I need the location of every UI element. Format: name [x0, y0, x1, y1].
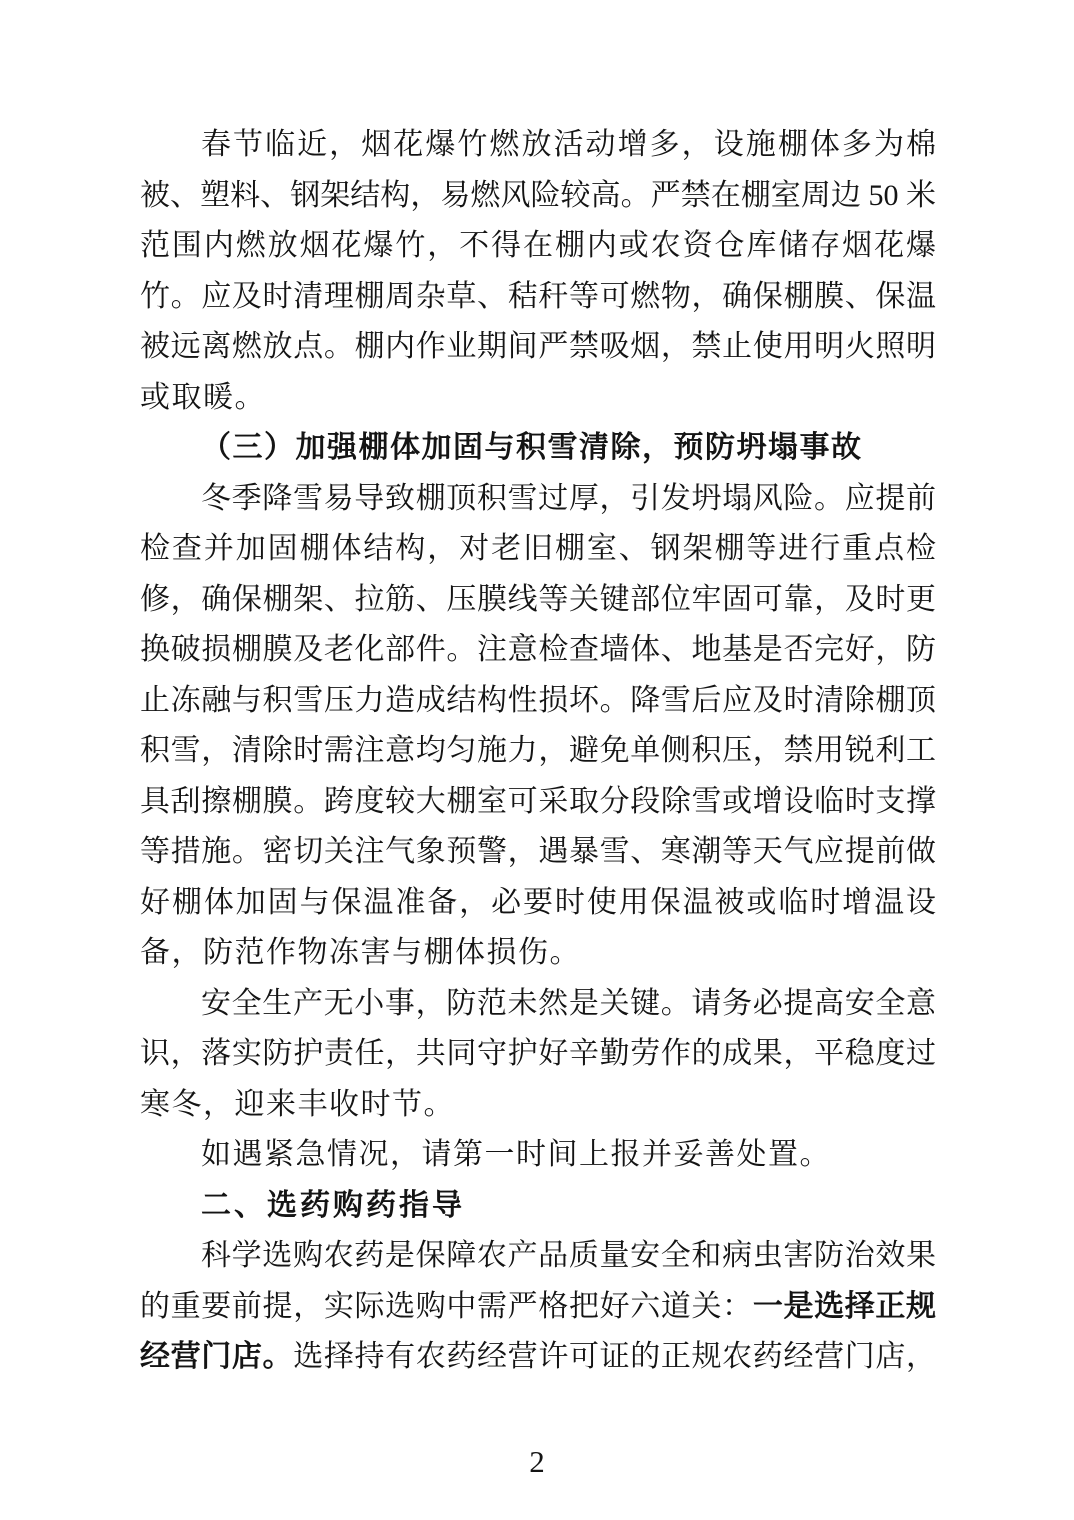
text-segment: 被、塑料、钢架结构，易燃风险较高。严禁在棚室周边 50 米	[140, 179, 936, 212]
section-heading-2: 二、选药购药指导	[140, 1181, 936, 1232]
text-segment: 识，落实防护责任，共同守护好辛勤劳作的成果，平稳度过	[140, 1037, 936, 1070]
text-segment: 换破损棚膜及老化部件。注意检查墙体、地基是否完好，防	[140, 633, 936, 666]
text-segment: 止冻融与积雪压力造成结构性损坏。降雪后应及时清除棚顶	[140, 684, 936, 717]
paragraph-line: 止冻融与积雪压力造成结构性损坏。降雪后应及时清除棚顶	[140, 676, 936, 727]
paragraph-line: 积雪，清除时需注意均匀施力，避免单侧积压，禁用锐利工	[140, 726, 936, 777]
text-segment: 检查并加固棚体结构，对老旧棚室、钢架棚等进行重点检	[140, 532, 936, 565]
paragraph-line: 或取暖。	[140, 373, 936, 424]
text-segment: 的重要前提，实际选购中需严格把好六道关：	[140, 1290, 753, 1323]
paragraph-line: 竹。应及时清理棚周杂草、秸秆等可燃物，确保棚膜、保温	[140, 272, 936, 323]
paragraph-line: 好棚体加固与保温准备，必要时使用保温被或临时增温设	[140, 878, 936, 929]
paragraph-line: 识，落实防护责任，共同守护好辛勤劳作的成果，平稳度过	[140, 1029, 936, 1080]
text-segment: 或取暖。	[140, 381, 266, 414]
paragraph-line: 换破损棚膜及老化部件。注意检查墙体、地基是否完好，防	[140, 625, 936, 676]
heading-text: 二、选药购药指导	[201, 1189, 465, 1222]
paragraph-line: 如遇紧急情况，请第一时间上报并妥善处置。	[140, 1130, 936, 1181]
text-segment: 备，防范作物冻害与棚体损伤。	[140, 936, 581, 969]
text-segment: 修，确保棚架、拉筋、压膜线等关键部位牢固可靠，及时更	[140, 583, 936, 616]
document-page: 春节临近，烟花爆竹燃放活动增多，设施棚体多为棉 被、塑料、钢架结构，易燃风险较高…	[0, 0, 1074, 1520]
document-body: 春节临近，烟花爆竹燃放活动增多，设施棚体多为棉 被、塑料、钢架结构，易燃风险较高…	[140, 120, 936, 1383]
text-segment: 寒冬，迎来丰收时节。	[140, 1088, 455, 1121]
text-segment: 选择持有农药经营许可证的正规农药经营门店，	[293, 1340, 936, 1373]
paragraph-line: 经营门店。选择持有农药经营许可证的正规农药经营门店，	[140, 1332, 936, 1383]
paragraph-line: 修，确保棚架、拉筋、压膜线等关键部位牢固可靠，及时更	[140, 575, 936, 626]
paragraph-line: 的重要前提，实际选购中需严格把好六道关：一是选择正规	[140, 1282, 936, 1333]
text-segment: 竹。应及时清理棚周杂草、秸秆等可燃物，确保棚膜、保温	[140, 280, 936, 313]
paragraph-line: 等措施。密切关注气象预警，遇暴雪、寒潮等天气应提前做	[140, 827, 936, 878]
bold-text-segment: 经营门店。	[140, 1340, 293, 1373]
text-segment: 被远离燃放点。棚内作业期间严禁吸烟，禁止使用明火照明	[140, 330, 936, 363]
paragraph-line: 检查并加固棚体结构，对老旧棚室、钢架棚等进行重点检	[140, 524, 936, 575]
paragraph-line: 被、塑料、钢架结构，易燃风险较高。严禁在棚室周边 50 米	[140, 171, 936, 222]
paragraph-line: 春节临近，烟花爆竹燃放活动增多，设施棚体多为棉	[140, 120, 936, 171]
paragraph-line: 备，防范作物冻害与棚体损伤。	[140, 928, 936, 979]
page-number: 2	[0, 1444, 1074, 1480]
paragraph-line: 范围内燃放烟花爆竹，不得在棚内或农资仓库储存烟花爆	[140, 221, 936, 272]
text-segment: 积雪，清除时需注意均匀施力，避免单侧积压，禁用锐利工	[140, 734, 936, 767]
section-heading-3: （三）加强棚体加固与积雪清除，预防坍塌事故	[140, 423, 936, 474]
text-segment: 科学选购农药是保障农产品质量安全和病虫害防治效果	[201, 1239, 936, 1272]
paragraph-line: 具刮擦棚膜。跨度较大棚室可采取分段除雪或增设临时支撑	[140, 777, 936, 828]
paragraph-line: 安全生产无小事，防范未然是关键。请务必提高安全意	[140, 979, 936, 1030]
text-segment: 具刮擦棚膜。跨度较大棚室可采取分段除雪或增设临时支撑	[140, 785, 936, 818]
paragraph-line: 被远离燃放点。棚内作业期间严禁吸烟，禁止使用明火照明	[140, 322, 936, 373]
paragraph-line: 冬季降雪易导致棚顶积雪过厚，引发坍塌风险。应提前	[140, 474, 936, 525]
text-segment: 春节临近，烟花爆竹燃放活动增多，设施棚体多为棉	[201, 128, 936, 161]
paragraph-line: 寒冬，迎来丰收时节。	[140, 1080, 936, 1131]
heading-text: （三）加强棚体加固与积雪清除，预防坍塌事故	[201, 431, 863, 464]
text-segment: 好棚体加固与保温准备，必要时使用保温被或临时增温设	[140, 886, 936, 919]
text-segment: 冬季降雪易导致棚顶积雪过厚，引发坍塌风险。应提前	[201, 482, 936, 515]
bold-text-segment: 一是选择正规	[753, 1290, 936, 1323]
text-segment: 范围内燃放烟花爆竹，不得在棚内或农资仓库储存烟花爆	[140, 229, 936, 262]
text-segment: 等措施。密切关注气象预警，遇暴雪、寒潮等天气应提前做	[140, 835, 936, 868]
paragraph-line: 科学选购农药是保障农产品质量安全和病虫害防治效果	[140, 1231, 936, 1282]
text-segment: 如遇紧急情况，请第一时间上报并妥善处置。	[201, 1138, 831, 1171]
text-segment: 安全生产无小事，防范未然是关键。请务必提高安全意	[201, 987, 936, 1020]
